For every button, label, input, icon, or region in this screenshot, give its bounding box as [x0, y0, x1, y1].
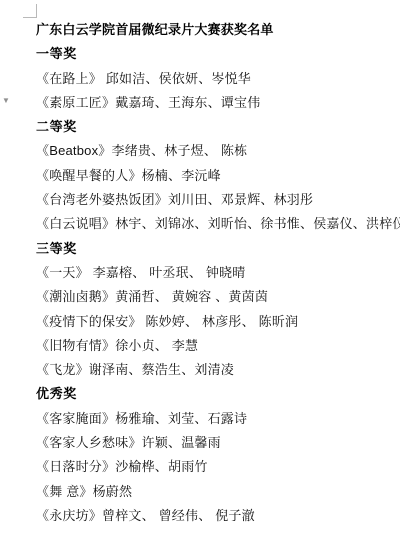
award-entry-line: 《旧物有情》徐小贞、 李慧: [36, 334, 392, 358]
award-section-heading: 三等奖: [36, 237, 392, 261]
award-entry-line: 《日落时分》沙榆桦、胡雨竹: [36, 455, 392, 479]
chevron-down-icon: ▼: [2, 96, 10, 106]
award-entry-line: 《客家腌面》杨雅瑜、刘莹、石露诗: [36, 407, 392, 431]
award-entry-line: 《素原工匠》戴嘉琦、王海东、谭宝伟: [36, 91, 392, 115]
award-entry-line: 《台湾老外婆热饭团》刘川田、邓景辉、林羽彤: [36, 188, 392, 212]
document-text-area[interactable]: 广东白云学院首届微纪录片大赛获奖名单 一等奖《在路上》 邱如洁、侯依妍、岑悦华《…: [36, 18, 392, 528]
award-entry-line: 《永庆坊》曾梓文、 曾经伟、 倪子澈: [36, 504, 392, 528]
award-entry-line: 《客家人乡愁味》许颖、温馨雨: [36, 431, 392, 455]
award-entry-line: 《舞 意》杨蔚然: [36, 480, 392, 504]
award-entry-line: 《一天》 李嘉榕、 叶丞珉、 钟晓晴: [36, 261, 392, 285]
award-entry-line: 《白云说唱》林宇、刘锦冰、刘昕怡、徐书惟、侯嘉仪、洪梓仪: [36, 212, 392, 236]
award-section-heading: 二等奖: [36, 115, 392, 139]
award-entry-line: 《在路上》 邱如洁、侯依妍、岑悦华: [36, 67, 392, 91]
award-entry-line: 《疫情下的保安》 陈妙婷、 林彦彤、 陈昕润: [36, 310, 392, 334]
award-entry-line: 《飞龙》谢泽南、蔡浩生、刘清凌: [36, 358, 392, 382]
page-margin-corner-mark: [23, 4, 37, 18]
award-entry-line: 《唤醒早餐的人》杨楠、李沅峰: [36, 164, 392, 188]
award-entry-line: 《Beatbox》李绪贵、林子煜、 陈栋: [36, 139, 392, 163]
award-section-heading: 优秀奖: [36, 382, 392, 406]
award-section-heading: 一等奖: [36, 42, 392, 66]
document-page[interactable]: ▼ 广东白云学院首届微纪录片大赛获奖名单 一等奖《在路上》 邱如洁、侯依妍、岑悦…: [0, 0, 400, 558]
award-entry-line: 《潮汕卤鹅》黄涌哲、 黄婉容 、黄茵茵: [36, 285, 392, 309]
document-title: 广东白云学院首届微纪录片大赛获奖名单: [36, 18, 392, 42]
